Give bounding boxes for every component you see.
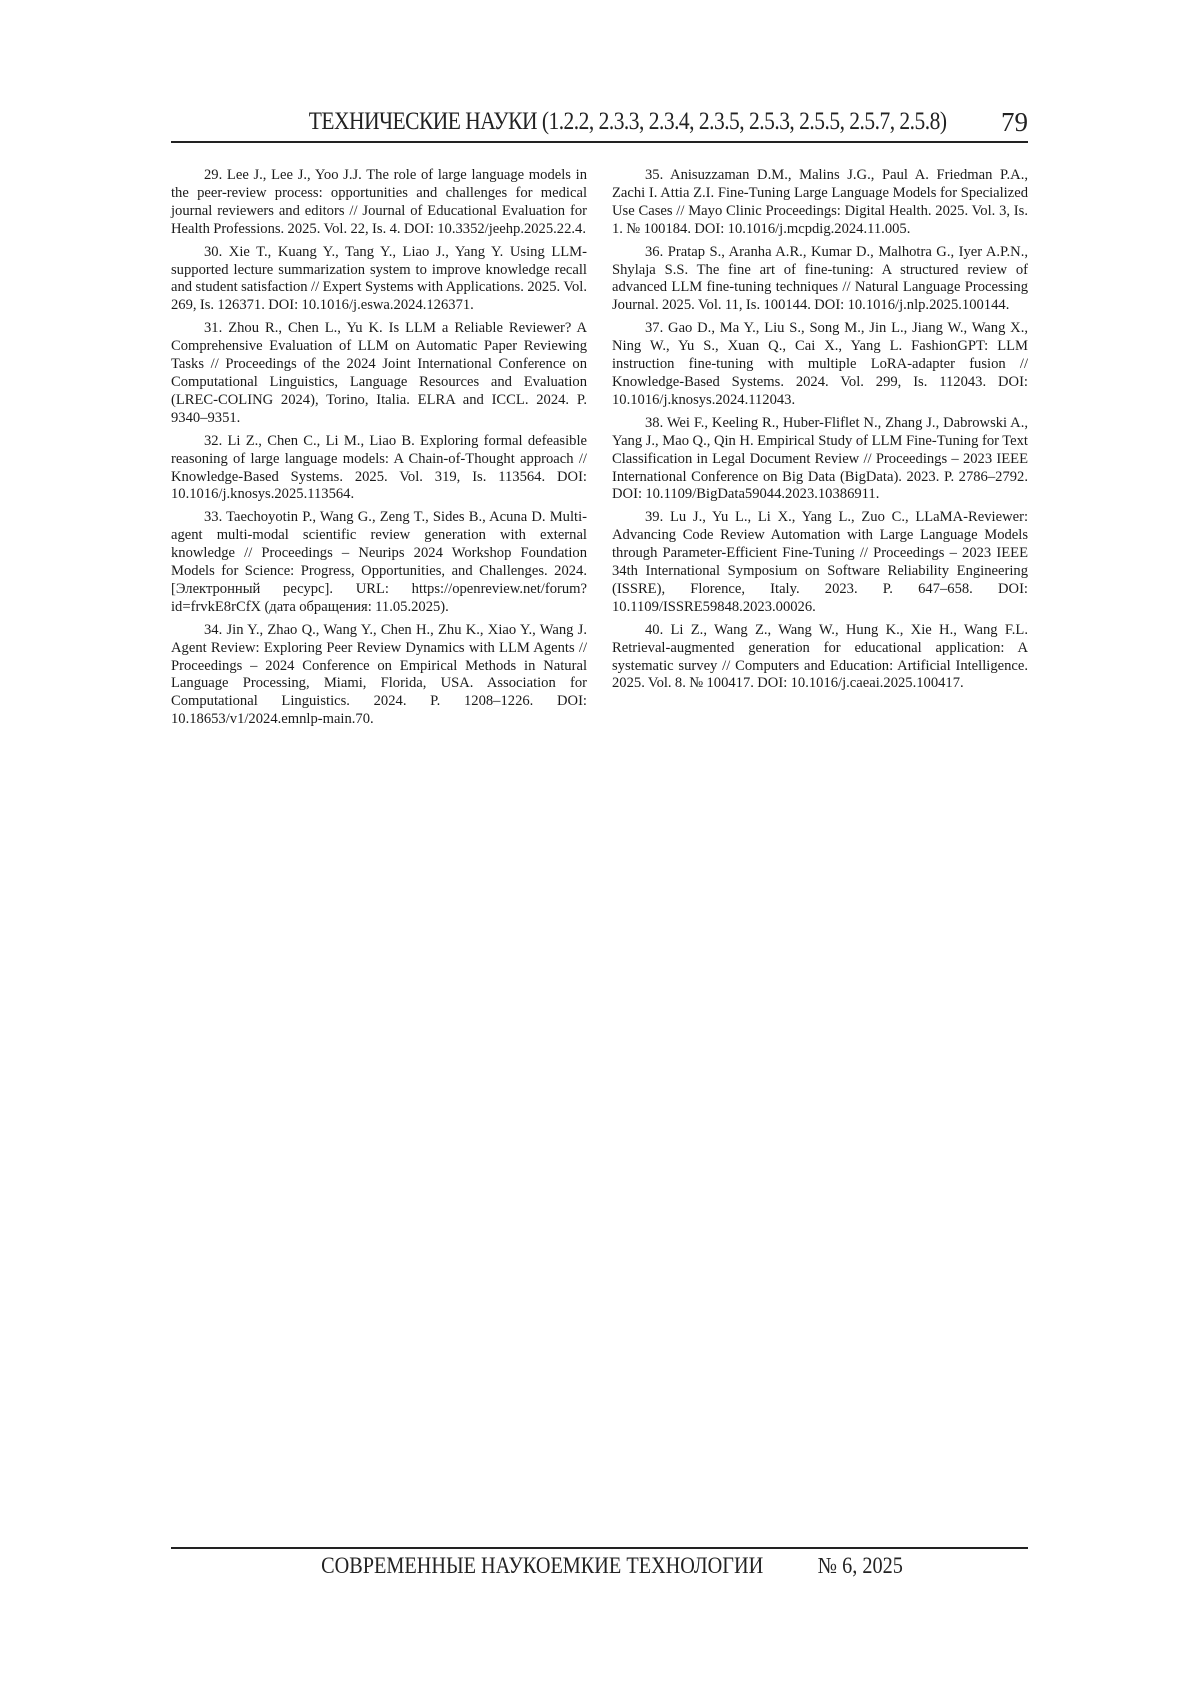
reference-item: 34. Jin Y., Zhao Q., Wang Y., Chen H., Z… xyxy=(171,622,587,729)
header-rule xyxy=(171,141,1028,143)
issue-number: № 6, 2025 xyxy=(818,1553,903,1579)
left-column: 29. Lee J., Lee J., Yoo J.J. The role of… xyxy=(171,167,587,734)
reference-item: 30. Xie T., Kuang Y., Tang Y., Liao J., … xyxy=(171,244,587,316)
reference-item: 39. Lu J., Yu L., Li X., Yang L., Zuo C.… xyxy=(612,509,1028,616)
reference-item: 37. Gao D., Ma Y., Liu S., Song M., Jin … xyxy=(612,320,1028,410)
right-column: 35. Anisuzzaman D.M., Malins J.G., Paul … xyxy=(612,167,1028,734)
reference-list: 29. Lee J., Lee J., Yoo J.J. The role of… xyxy=(171,167,1028,734)
reference-item: 33. Taechoyotin P., Wang G., Zeng T., Si… xyxy=(171,509,587,616)
running-footer: СОВРЕМЕННЫЕ НАУКОЕМКИЕ ТЕХНОЛОГИИ№ 6, 20… xyxy=(0,1553,1200,1579)
reference-item: 29. Lee J., Lee J., Yoo J.J. The role of… xyxy=(171,167,587,239)
footer-rule xyxy=(171,1547,1028,1549)
reference-item: 36. Pratap S., Aranha A.R., Kumar D., Ma… xyxy=(612,244,1028,316)
reference-item: 38. Wei F., Keeling R., Huber-Fliflet N.… xyxy=(612,415,1028,505)
page-number: 79 xyxy=(1001,107,1028,138)
section-title: ТЕХНИЧЕСКИЕ НАУКИ (1.2.2, 2.3.3, 2.3.4, … xyxy=(308,108,946,136)
reference-item: 35. Anisuzzaman D.M., Malins J.G., Paul … xyxy=(612,167,1028,239)
journal-name: СОВРЕМЕННЫЕ НАУКОЕМКИЕ ТЕХНОЛОГИИ xyxy=(322,1553,764,1579)
running-header: ТЕХНИЧЕСКИЕ НАУКИ (1.2.2, 2.3.3, 2.3.4, … xyxy=(171,108,1028,144)
reference-item: 40. Li Z., Wang Z., Wang W., Hung K., Xi… xyxy=(612,622,1028,694)
reference-item: 32. Li Z., Chen C., Li M., Liao B. Explo… xyxy=(171,433,587,505)
reference-item: 31. Zhou R., Chen L., Yu K. Is LLM a Rel… xyxy=(171,320,587,427)
